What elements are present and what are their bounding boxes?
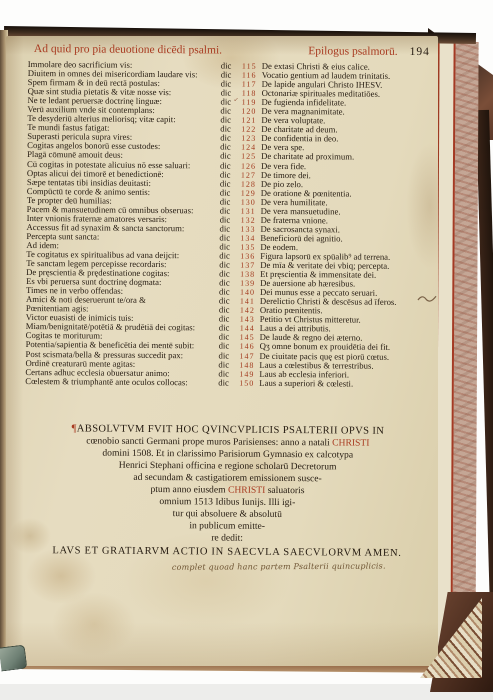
psalm-number: 118 xyxy=(237,89,262,98)
psalm-number: 125 xyxy=(236,152,261,161)
psalm-number: 138 xyxy=(235,270,260,279)
psalm-table: Immolare deo sacrificium vis: dic 115 De… xyxy=(25,60,434,389)
colophon-text: saluatoris xyxy=(265,485,304,496)
right-column-entry: Laus a superiori & cœlesti. xyxy=(259,378,431,388)
right-column-title: Epilogus psalmorū. xyxy=(308,45,398,58)
psalm-number: 142 xyxy=(235,306,260,315)
margin-squiggle-annotation xyxy=(416,291,438,309)
colophon-text: domini 1508. Et in clarissimo Parisiorum… xyxy=(102,447,353,460)
psalm-number: 136 xyxy=(235,252,260,261)
psalm-number: 146 xyxy=(235,342,260,351)
colophon-text: omnium 1513 Idibus Iunijs. Illi igi- xyxy=(159,496,295,508)
psalm-number: 139 xyxy=(235,279,260,288)
psalm-number: 143 xyxy=(235,315,260,324)
psalm-number: 126 xyxy=(236,161,261,170)
psalm-number: 150 xyxy=(234,378,259,387)
colophon-red-text: CHRISTI xyxy=(228,484,265,495)
colophon-text: tur qui absoluere & absolutū xyxy=(173,508,282,520)
ink-check-annotation: ✓ xyxy=(233,96,239,104)
psalm-number: 127 xyxy=(236,170,261,179)
psalm-number: 144 xyxy=(235,324,260,333)
psalm-number: 134 xyxy=(235,234,260,243)
psalm-number: 115 xyxy=(237,62,262,71)
psalm-number: 120 xyxy=(236,107,261,116)
psalm-number: 129 xyxy=(236,188,261,197)
psalm-number: 131 xyxy=(236,206,261,215)
left-column-title: Ad quid pro pia deuotione dicēdi psalmi. xyxy=(34,43,222,56)
book-cover-edge xyxy=(476,110,493,610)
psalm-number: 123 xyxy=(236,134,261,143)
table-row: Cœlestem & triumphantē ante oculos collo… xyxy=(25,377,431,389)
colophon-text: Henrici Stephani officina e regione scho… xyxy=(119,459,337,472)
colophon-text: cœnobio sancti Germani prope muros Paris… xyxy=(86,435,332,448)
dic-label: dic xyxy=(218,378,234,387)
colophon-text: LAVS ET GRATIARVM ACTIO IN SAECVLA SAECV… xyxy=(52,545,401,559)
colophon-text: re dedit: xyxy=(211,532,243,543)
photo-background-floor xyxy=(0,684,493,700)
colophon-red-text: CHRISTI xyxy=(332,437,369,448)
psalm-number: 119 xyxy=(236,98,261,107)
left-column-entry: Cœlestem & triumphantē ante oculos collo… xyxy=(25,377,218,388)
psalm-number: 140 xyxy=(235,288,260,297)
psalm-number: 141 xyxy=(235,297,260,306)
psalm-number: 117 xyxy=(237,80,262,89)
psalm-number: 116 xyxy=(237,71,262,80)
psalm-number: 147 xyxy=(234,351,259,360)
page-header: Ad quid pro pia deuotione dicēdi psalmi.… xyxy=(28,43,434,58)
psalm-number: 124 xyxy=(236,143,261,152)
psalm-number: 137 xyxy=(235,261,260,270)
handwritten-annotation: complet quoad hanc partem Psalterii quin… xyxy=(172,561,412,571)
psalm-number: 135 xyxy=(235,243,260,252)
colophon-text: in publicum emitte- xyxy=(189,520,265,532)
psalm-number: 130 xyxy=(236,197,261,206)
psalm-number: 122 xyxy=(236,125,261,134)
page-number: 194 xyxy=(410,46,430,58)
psalm-number: 133 xyxy=(235,224,260,233)
psalm-number: 148 xyxy=(234,360,259,369)
colophon: ¶ABSOLVTVM FVIT HOC QVINCVPLICIS PSALTER… xyxy=(24,422,431,560)
psalm-number: 149 xyxy=(234,369,259,378)
psalm-number: 132 xyxy=(236,215,261,224)
colophon-line: LAVS ET GRATIARVM ACTIO IN SAECVLA SAECV… xyxy=(24,544,430,560)
psalm-number: 145 xyxy=(235,333,260,342)
psalm-number: 128 xyxy=(236,179,261,188)
colophon-text: ad secundam & castigatiorem emissionem s… xyxy=(133,472,321,484)
colophon-text: ptum anno eiusdem xyxy=(150,484,228,496)
page-content: Ad quid pro pia deuotione dicēdi psalmi.… xyxy=(23,40,434,663)
psalm-number: 121 xyxy=(236,116,261,125)
